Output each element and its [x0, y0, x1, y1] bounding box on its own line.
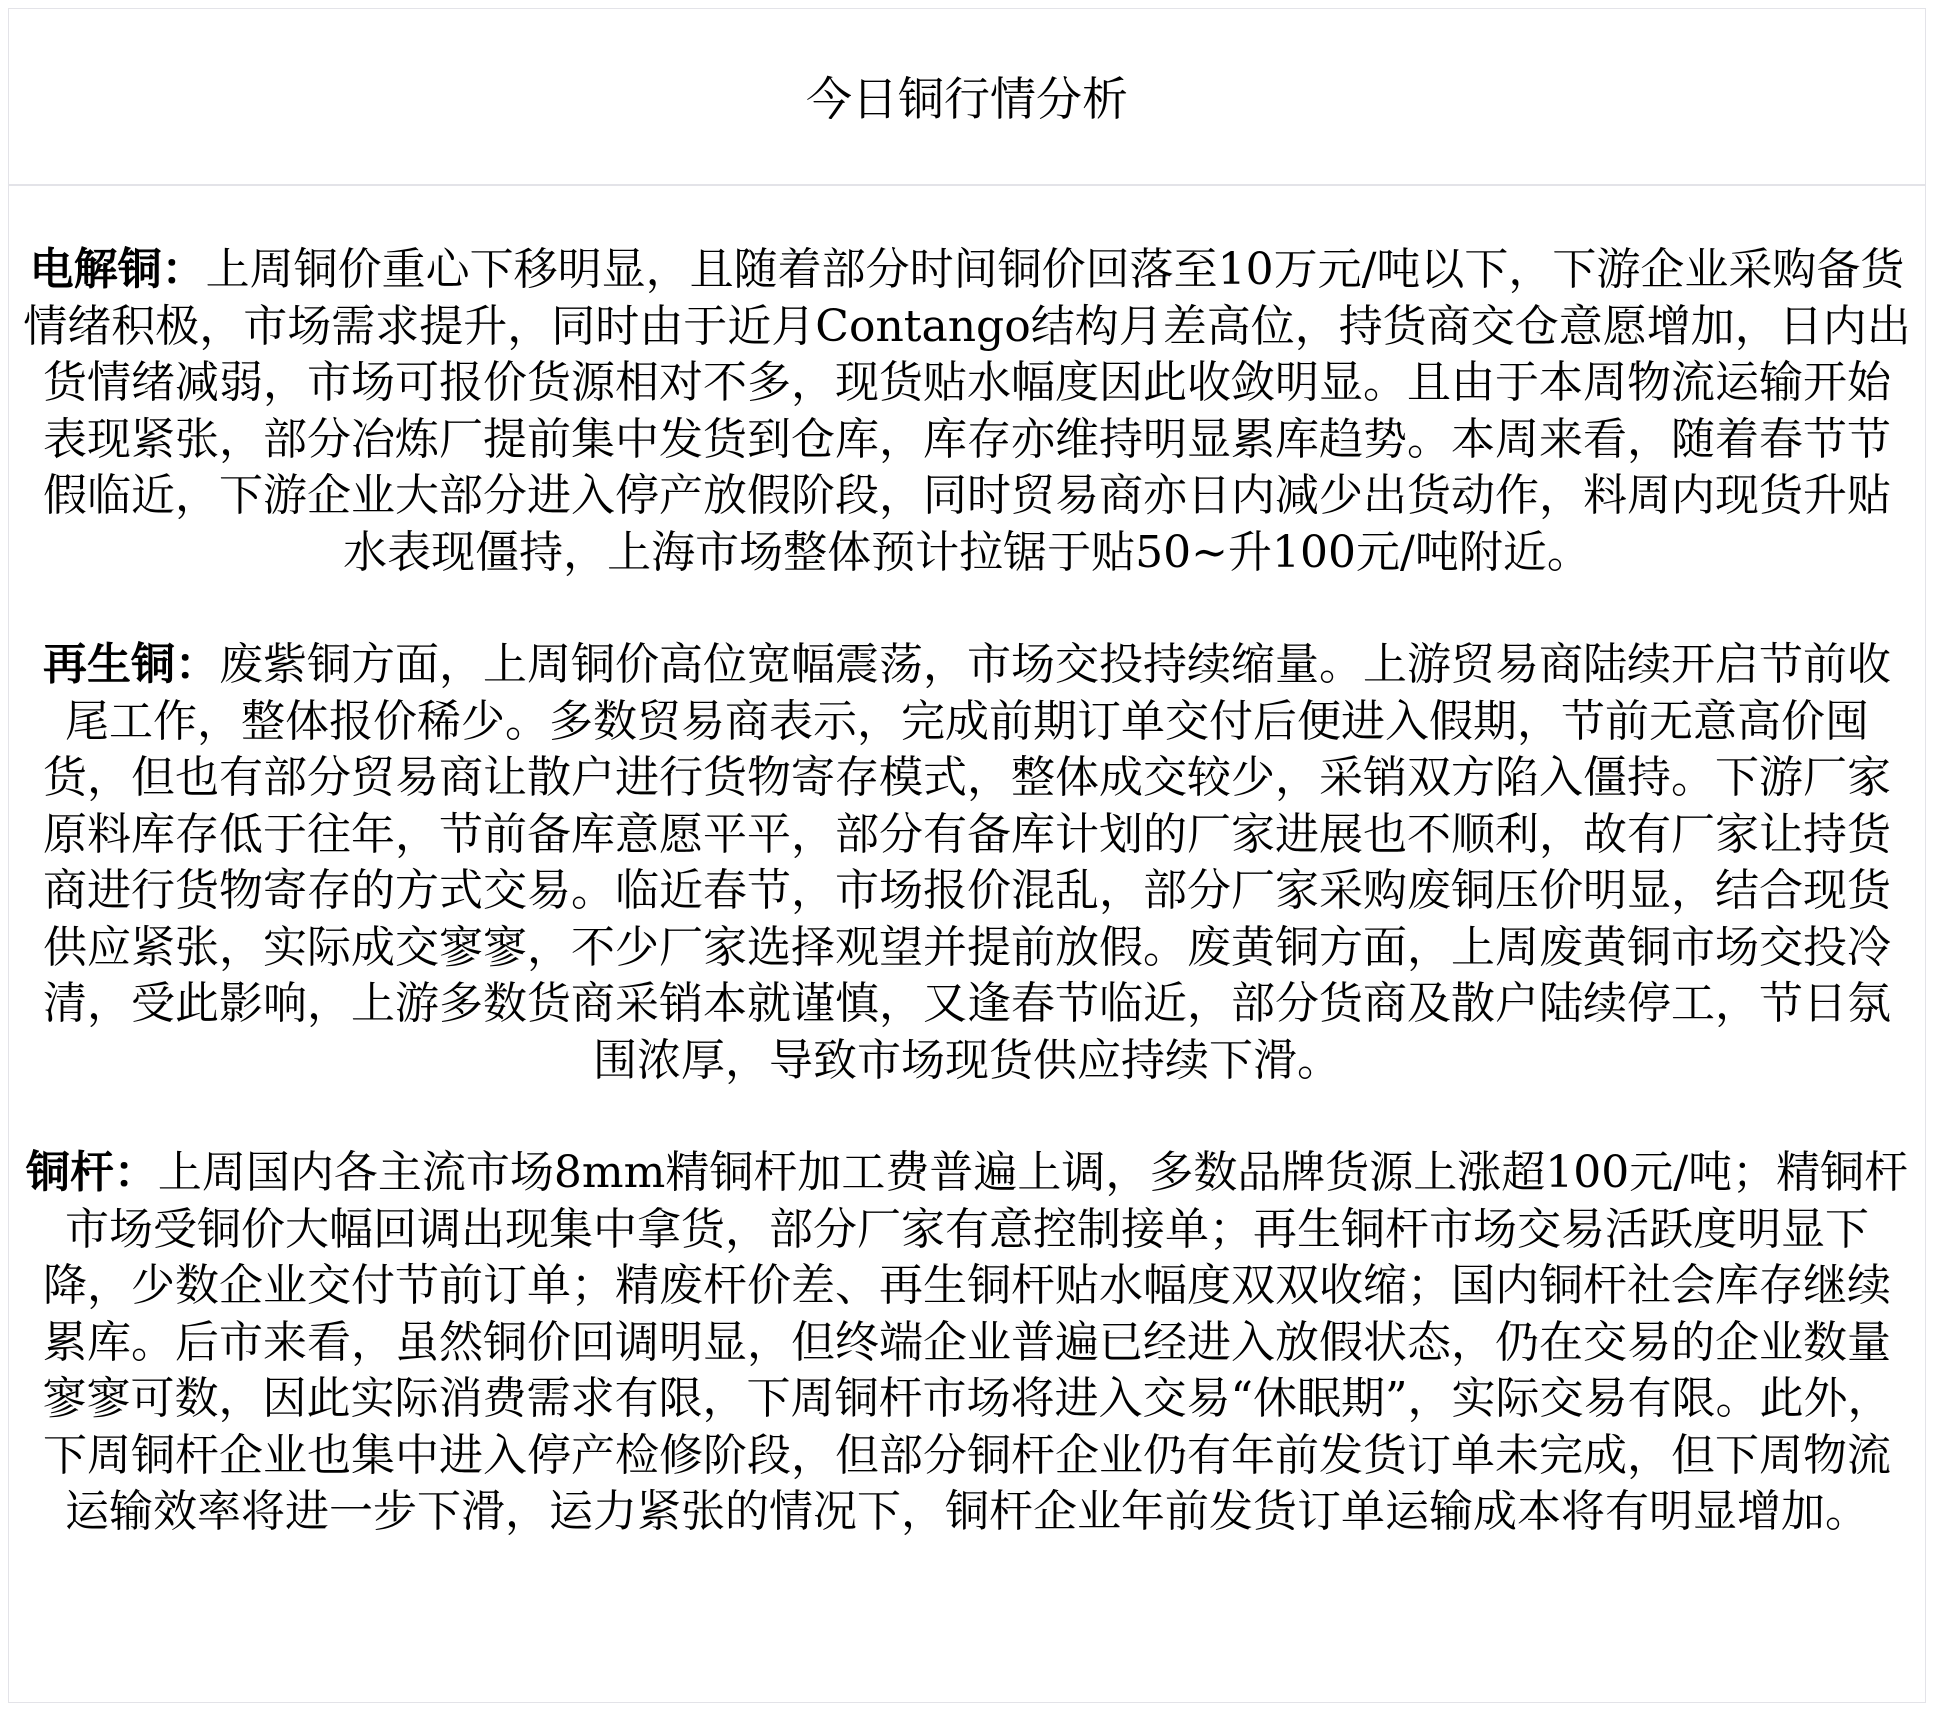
- card-body: 电解铜：上周铜价重心下移明显，且随着部分时间铜价回落至10万元/吨以下，下游企业…: [9, 186, 1925, 1541]
- section-text: 上周国内各主流市场8mm精铜杆加工费普遍上调，多数品牌货源上涨超100元/吨；精…: [43, 1147, 1909, 1537]
- section-copper-rod: 铜杆：上周国内各主流市场8mm精铜杆加工费普遍上调，多数品牌货源上涨超100元/…: [23, 1145, 1911, 1541]
- section-text: 上周铜价重心下移明显，且随着部分时间铜价回落至10万元/吨以下，下游企业采购备货…: [23, 244, 1910, 578]
- analysis-card: 今日铜行情分析 电解铜：上周铜价重心下移明显，且随着部分时间铜价回落至10万元/…: [8, 8, 1926, 1703]
- section-label: 铜杆：: [26, 1147, 158, 1198]
- page-title: 今日铜行情分析: [806, 63, 1128, 131]
- section-label: 再生铜：: [43, 639, 219, 690]
- section-electrolytic-copper: 电解铜：上周铜价重心下移明显，且随着部分时间铜价回落至10万元/吨以下，下游企业…: [23, 242, 1911, 581]
- section-label: 电解铜：: [30, 244, 206, 295]
- section-text: 废紫铜方面，上周铜价高位宽幅震荡，市场交投持续缩量。上游贸易商陆续开启节前收尾工…: [43, 639, 1891, 1086]
- card-header: 今日铜行情分析: [9, 9, 1925, 186]
- section-recycled-copper: 再生铜：废紫铜方面，上周铜价高位宽幅震荡，市场交投持续缩量。上游贸易商陆续开启节…: [23, 637, 1911, 1089]
